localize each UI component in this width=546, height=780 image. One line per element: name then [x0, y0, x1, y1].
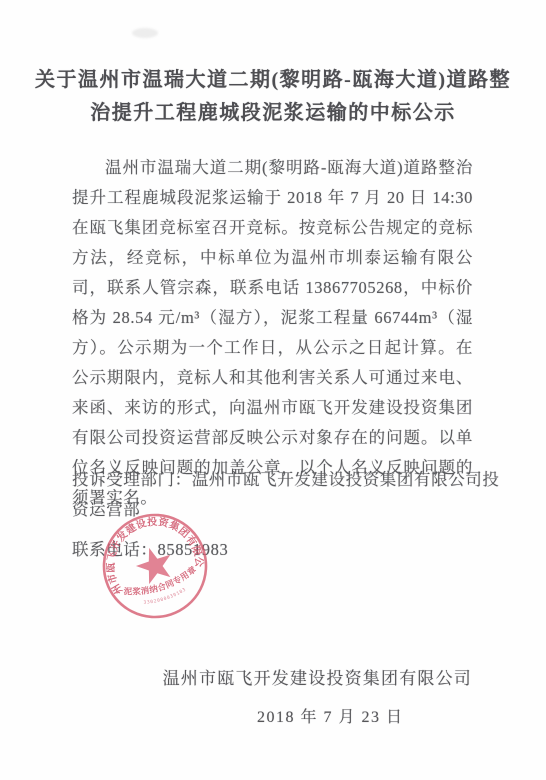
seal-graphic: 温州市瓯飞开发建设投资集团有限公司 泥浆消纳合同专用章 330200003010…: [77, 488, 233, 644]
closing-block: 温州市瓯飞开发建设投资集团有限公司 2018 年 7 月 23 日: [163, 664, 472, 727]
bid-announcement-document: 关于温州市温瑞大道二期(黎明路-瓯海大道)道路整 治提升工程鹿城段泥浆运输的中标…: [0, 0, 546, 780]
title-line-1: 关于温州市温瑞大道二期(黎明路-瓯海大道)道路整: [0, 64, 546, 97]
announcement-body: 温州市温瑞大道二期(黎明路-瓯海大道)道路整治提升工程鹿城段泥浆运输于 2018…: [72, 153, 473, 513]
official-seal: 温州市瓯飞开发建设投资集团有限公司 泥浆消纳合同专用章 330200003010…: [77, 488, 233, 644]
title-line-2: 治提升工程鹿城段泥浆运输的中标公示: [0, 97, 546, 130]
document-title: 关于温州市温瑞大道二期(黎明路-瓯海大道)道路整 治提升工程鹿城段泥浆运输的中标…: [0, 64, 546, 130]
issue-date: 2018 年 7 月 23 日: [176, 704, 485, 727]
issuer-company: 温州市瓯飞开发建设投资集团有限公司: [163, 664, 472, 689]
scan-smudge: [132, 28, 158, 38]
